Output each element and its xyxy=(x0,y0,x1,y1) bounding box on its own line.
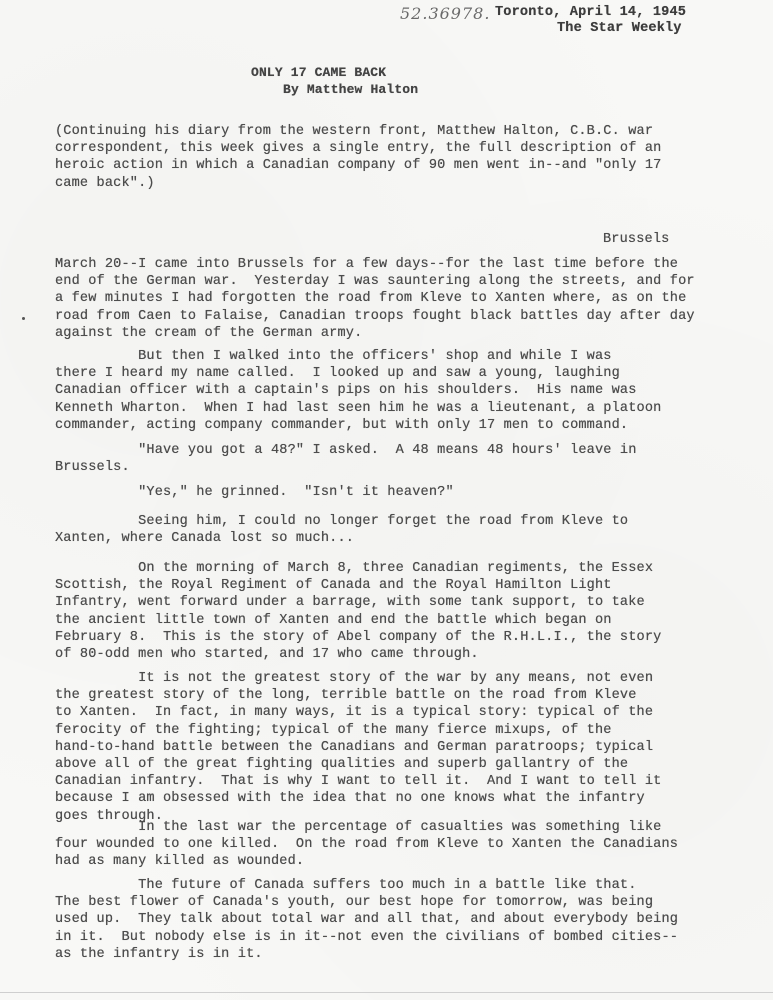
article-intro: (Continuing his diary from the western f… xyxy=(55,123,661,192)
paragraph-8: In the last war the percentage of casual… xyxy=(55,819,678,871)
archive-number: 52.36978. xyxy=(400,4,490,23)
article-title: ONLY 17 CAME BACK xyxy=(251,64,386,81)
article-byline: By Matthew Halton xyxy=(283,81,418,98)
margin-mark xyxy=(22,317,25,320)
paragraph-5: Seeing him, I could no longer forget the… xyxy=(55,513,628,547)
paragraph-3: "Have you got a 48?" I asked. A 48 means… xyxy=(55,442,637,476)
dateline: Brussels xyxy=(603,231,669,248)
publication-name: The Star Weekly xyxy=(557,20,682,37)
paragraph-4: "Yes," he grinned. "Isn't it heaven?" xyxy=(55,484,454,501)
paragraph-9: The future of Canada suffers too much in… xyxy=(55,877,678,963)
document-page: 52.36978. Toronto, April 14, 1945 The St… xyxy=(0,0,773,1000)
place-date: Toronto, April 14, 1945 xyxy=(495,4,686,21)
paragraph-2: But then I walked into the officers' sho… xyxy=(55,348,661,434)
paragraph-6: On the morning of March 8, three Canadia… xyxy=(55,560,661,663)
paragraph-1: March 20--I came into Brussels for a few… xyxy=(55,256,695,342)
page-edge xyxy=(0,992,773,993)
paragraph-7: It is not the greatest story of the war … xyxy=(55,670,661,825)
